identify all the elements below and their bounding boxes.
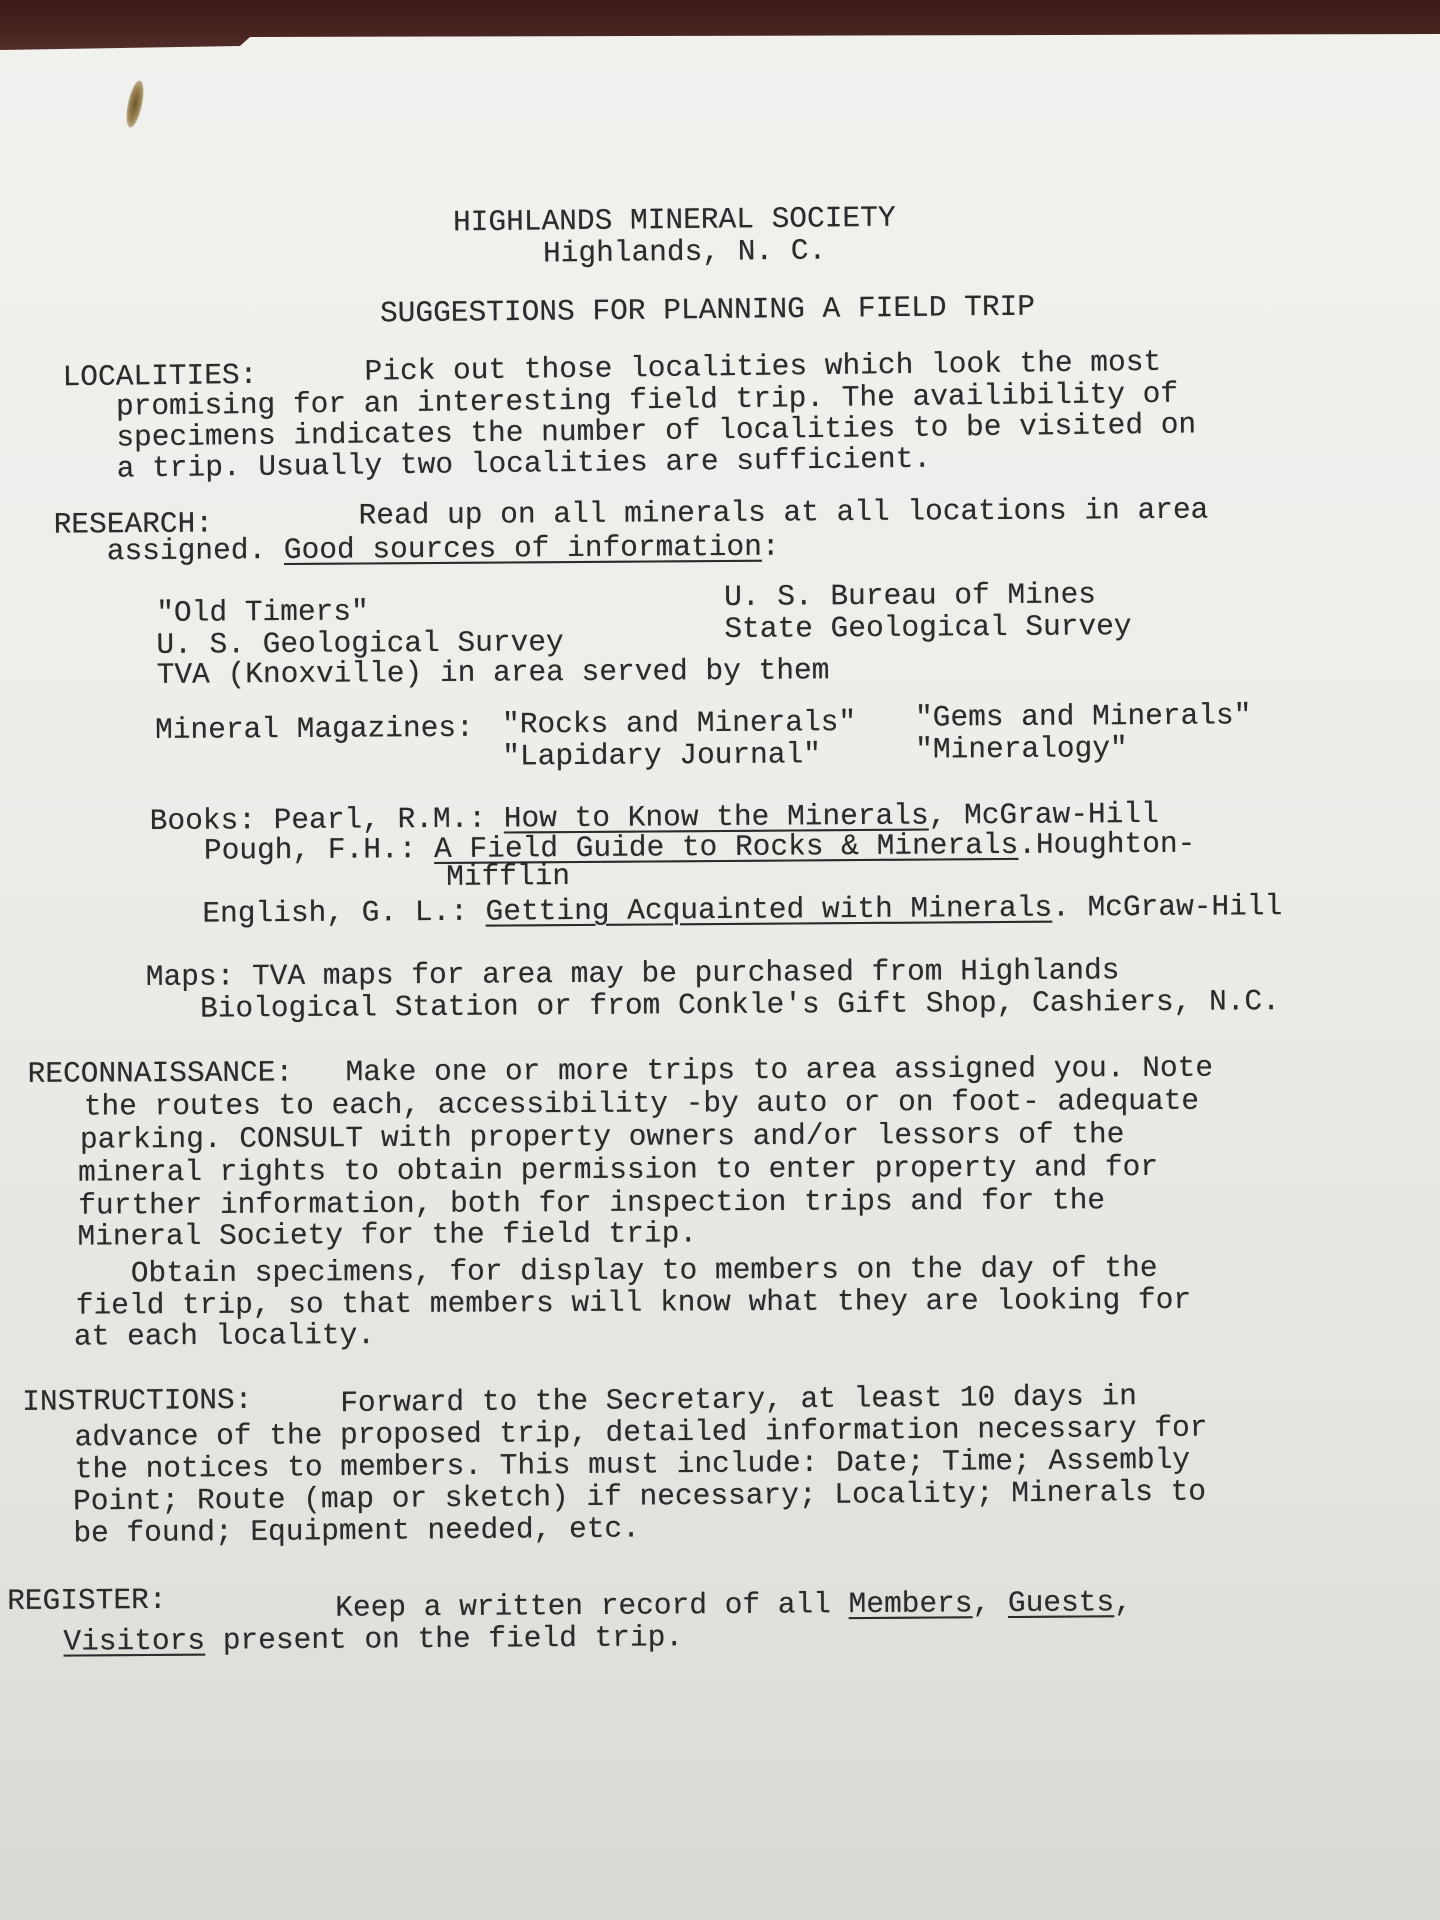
text-line: field trip, so that members will know wh… xyxy=(76,1284,1191,1322)
section-label: RECONNAISSANCE: xyxy=(28,1056,294,1089)
text-line: be found; Equipment needed, etc. xyxy=(73,1512,640,1549)
section-label: REGISTER: xyxy=(7,1584,167,1617)
underlined-visitors: Visitors xyxy=(63,1624,205,1659)
book-title: Getting Acquainted with Minerals xyxy=(486,891,1053,929)
org-name: HIGHLANDS MINERAL SOCIETY xyxy=(453,202,896,239)
section-label: INSTRUCTIONS: xyxy=(22,1384,252,1418)
underlined-heading: Good sources of information xyxy=(284,530,762,567)
org-location: Highlands, N. C. xyxy=(543,235,827,270)
source-item: "Old Timers" xyxy=(156,595,369,628)
text-line: assigned. Good sources of information: xyxy=(107,531,780,568)
magazine-item: "Gems and Minerals" xyxy=(915,699,1252,733)
magazines-label: Mineral Magazines: xyxy=(155,712,474,746)
text-line: Mineral Society for the field trip. xyxy=(77,1217,697,1252)
book-publisher-cont: Mifflin xyxy=(446,860,570,893)
text-line: Visitors present on the field trip. xyxy=(63,1621,683,1657)
document-title: SUGGESTIONS FOR PLANNING A FIELD TRIP xyxy=(380,291,1035,330)
magazine-item: "Rocks and Minerals" xyxy=(502,706,856,740)
source-item: TVA (Knoxville) in area served by them xyxy=(157,654,830,691)
text-line: Make one or more trips to area assigned … xyxy=(346,1052,1214,1089)
text-line: at each locality. xyxy=(74,1319,375,1353)
underlined-members: Members xyxy=(848,1586,972,1621)
underlined-guests: Guests xyxy=(1008,1585,1114,1620)
text-line: Read up on all minerals at all locations… xyxy=(358,494,1208,532)
magazine-item: "Mineralogy" xyxy=(915,732,1128,765)
magazine-item: "Lapidary Journal" xyxy=(502,738,821,772)
book-entry: English, G. L.: Getting Acquainted with … xyxy=(202,890,1282,930)
source-item: U. S. Bureau of Mines xyxy=(724,578,1096,613)
book-entry: Pough, F.H.: A Field Guide to Rocks & Mi… xyxy=(204,828,1196,867)
text-line: Keep a written record of all Members, Gu… xyxy=(335,1586,1132,1624)
maps-line: Biological Station or from Conkle's Gift… xyxy=(200,985,1280,1025)
source-item: State Geological Survey xyxy=(724,610,1131,645)
